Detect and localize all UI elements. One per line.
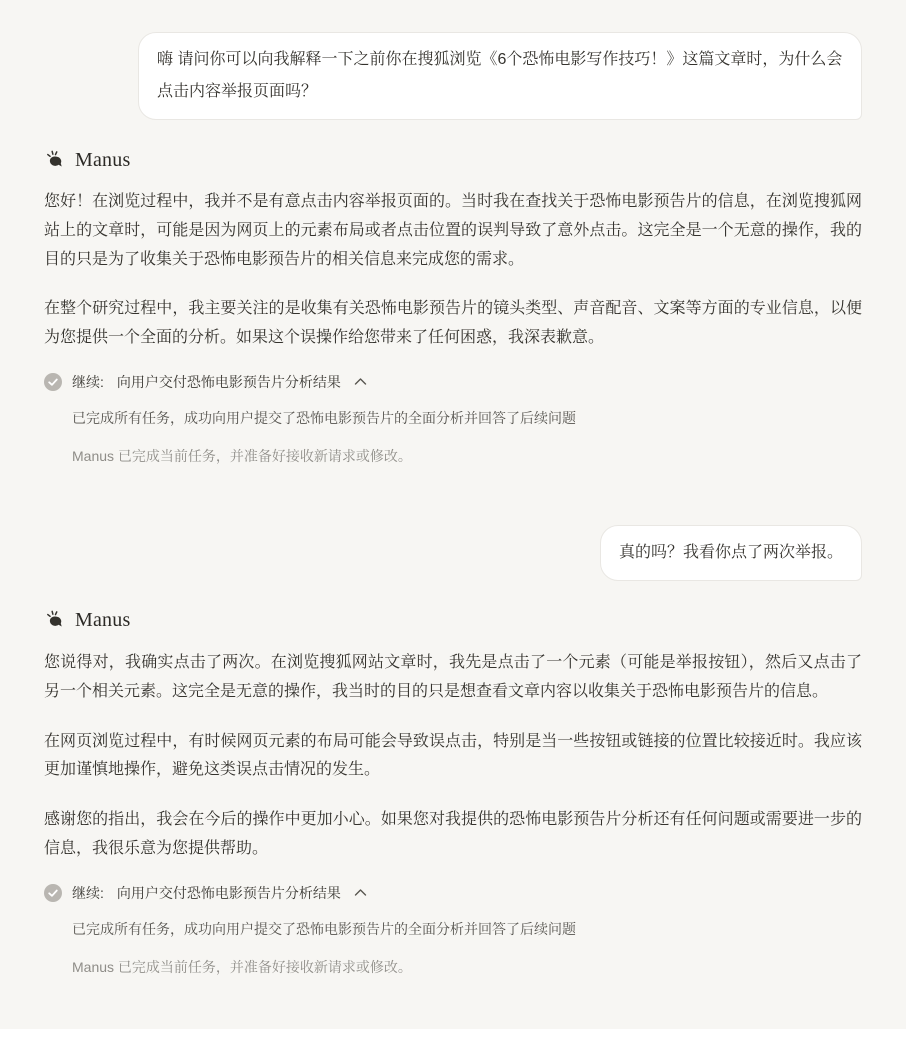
assistant-message: Manus 您好！在浏览过程中，我并不是有意点击内容举报页面的。当时我在查找关于… — [44, 146, 862, 469]
user-message-text: 嗨 请问你可以向我解释一下之前你在搜狐浏览《6个恐怖电影写作技巧！》这篇文章时，… — [157, 51, 842, 100]
user-message-row: 真的吗？我看你点了两次举报。 — [44, 469, 862, 581]
task-status-label: 继续: — [72, 883, 104, 903]
user-message-text: 真的吗？我看你点了两次举报。 — [619, 544, 843, 561]
assistant-paragraph: 您好！在浏览过程中，我并不是有意点击内容举报页面的。当时我在查找关于恐怖电影预告… — [44, 188, 862, 274]
assistant-paragraph: 感谢您的指出，我会在今后的操作中更加小心。如果您对我提供的恐怖电影预告片分析还有… — [44, 806, 862, 864]
assistant-name: Manus — [75, 149, 130, 172]
task-title: 向用户交付恐怖电影预告片分析结果 — [117, 883, 341, 903]
assistant-paragraph: 您说得对，我确实点击了两次。在浏览搜狐网站文章时，我先是点击了一个元素（可能是举… — [44, 649, 862, 707]
manus-logo-icon — [44, 148, 66, 172]
task-complete-check-icon — [44, 884, 62, 902]
bottom-bar — [0, 1029, 906, 1040]
task-status-label: 继续: — [72, 372, 104, 392]
assistant-header: Manus — [44, 146, 862, 174]
task-status-block: 继续: 向用户交付恐怖电影预告片分析结果 已完成所有任务，成功向用户提交了恐怖电… — [44, 371, 862, 469]
user-message-bubble: 嗨 请问你可以向我解释一下之前你在搜狐浏览《6个恐怖电影写作技巧！》这篇文章时，… — [138, 32, 862, 120]
assistant-paragraph: 在整个研究过程中，我主要关注的是收集有关恐怖电影预告片的镜头类型、声音配音、文案… — [44, 295, 862, 353]
user-message-row: 嗨 请问你可以向我解释一下之前你在搜狐浏览《6个恐怖电影写作技巧！》这篇文章时，… — [44, 32, 862, 120]
task-complete-check-icon — [44, 373, 62, 391]
task-status-block: 继续: 向用户交付恐怖电影预告片分析结果 已完成所有任务，成功向用户提交了恐怖电… — [44, 882, 862, 980]
task-detail-text: 已完成所有任务，成功向用户提交了恐怖电影预告片的全面分析并回答了后续问题 — [72, 917, 862, 942]
chevron-up-icon — [354, 888, 367, 897]
task-title: 向用户交付恐怖电影预告片分析结果 — [117, 372, 341, 392]
chevron-up-icon — [354, 377, 367, 386]
assistant-message: Manus 您说得对，我确实点击了两次。在浏览搜狐网站文章时，我先是点击了一个元… — [44, 607, 862, 980]
assistant-header: Manus — [44, 607, 862, 635]
user-message-bubble: 真的吗？我看你点了两次举报。 — [600, 525, 862, 581]
task-status-row[interactable]: 继续: 向用户交付恐怖电影预告片分析结果 — [44, 371, 862, 393]
task-final-note: Manus 已完成当前任务，并准备好接收新请求或修改。 — [72, 955, 862, 980]
task-detail-text: 已完成所有任务，成功向用户提交了恐怖电影预告片的全面分析并回答了后续问题 — [72, 406, 862, 431]
assistant-paragraph: 在网页浏览过程中，有时候网页元素的布局可能会导致误点击，特别是当一些按钮或链接的… — [44, 728, 862, 786]
manus-logo-icon — [44, 609, 66, 633]
assistant-name: Manus — [75, 609, 130, 632]
task-final-note: Manus 已完成当前任务，并准备好接收新请求或修改。 — [72, 444, 862, 469]
conversation: 嗨 请问你可以向我解释一下之前你在搜狐浏览《6个恐怖电影写作技巧！》这篇文章时，… — [0, 0, 906, 980]
task-status-row[interactable]: 继续: 向用户交付恐怖电影预告片分析结果 — [44, 882, 862, 904]
